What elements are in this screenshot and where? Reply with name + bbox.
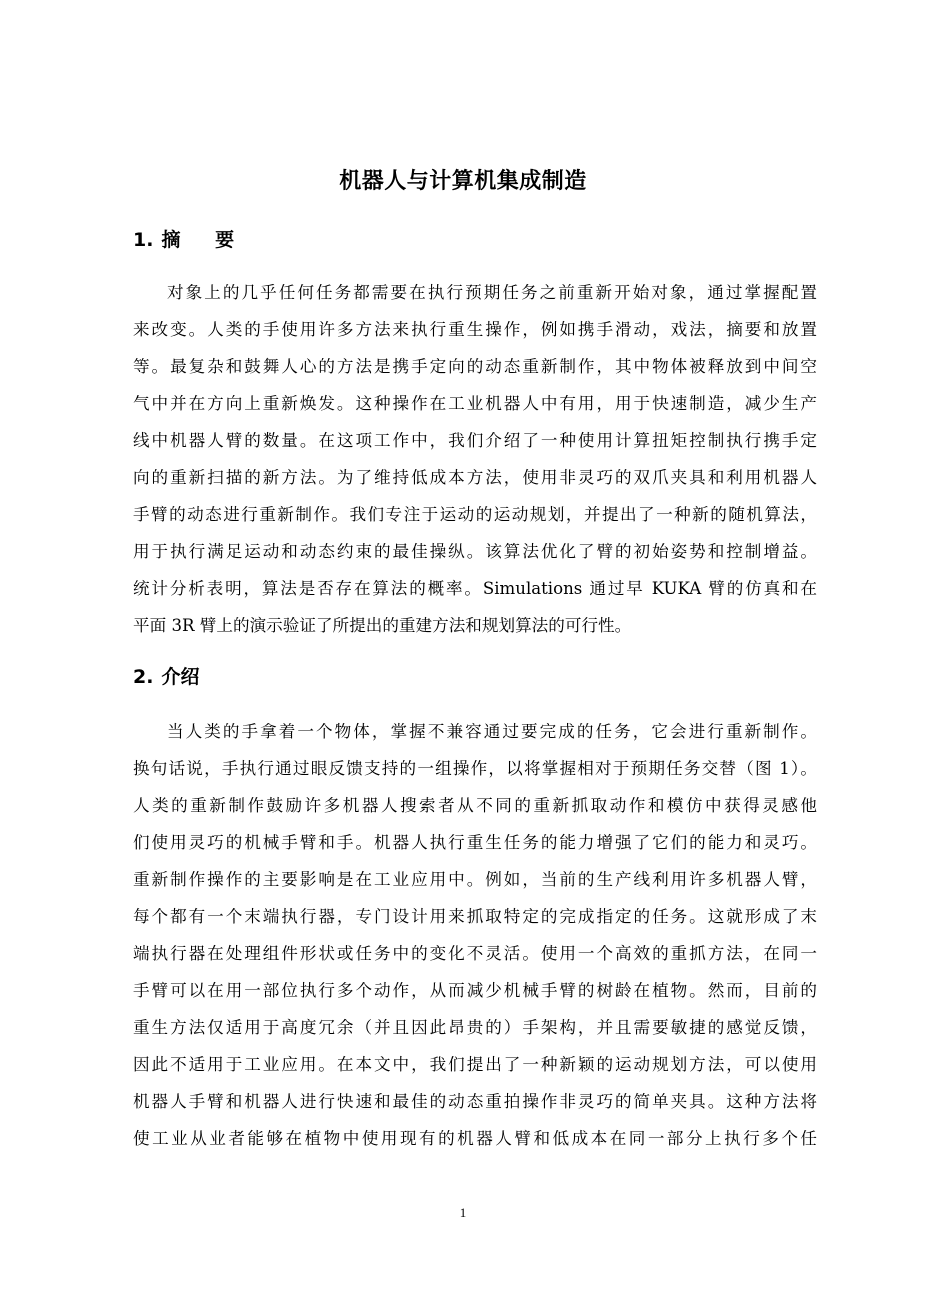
text-line: 人类的重新制作鼓励许多机器人搜索者从不同的重新抓取动作和模仿中获得灵感他 bbox=[133, 794, 817, 818]
text-line: 因此不适用于工业应用。在本文中，我们提出了一种新颖的运动规划方法，可以使用 bbox=[133, 1053, 817, 1077]
text-line: 来改变。人类的手使用许多方法来执行重生操作，例如携手滑动，戏法，摘要和放置 bbox=[133, 318, 817, 342]
document-page: 机器人与计算机集成制造 1.摘 要 对象上的几乎任何任务都需要在执行预期任务之前… bbox=[0, 0, 926, 1309]
text-line: 统计分析表明，算法是否存在算法的概率。Simulations 通过早 KUKA … bbox=[133, 577, 817, 601]
section-title: 介绍 bbox=[161, 666, 199, 688]
document-title: 机器人与计算机集成制造 bbox=[0, 167, 926, 197]
text-line: 们使用灵巧的机械手臂和手。机器人执行重生任务的能力增强了它们的能力和灵巧。 bbox=[133, 831, 817, 855]
text-line: 向的重新扫描的新方法。为了维持低成本方法，使用非灵巧的双爪夹具和利用机器人 bbox=[133, 466, 817, 490]
text-line: 使工业从业者能够在植物中使用现有的机器人臂和低成本在同一部分上执行多个任 bbox=[133, 1127, 817, 1151]
section-heading-abstract: 1.摘 要 bbox=[133, 226, 248, 254]
text-line: 重生方法仅适用于高度冗余（并且因此昂贵的）手架构，并且需要敏捷的感觉反馈， bbox=[133, 1016, 817, 1040]
text-line: 气中并在方向上重新焕发。这种操作在工业机器人中有用，用于快速制造，减少生产 bbox=[133, 392, 817, 416]
text-line: 换句话说，手执行通过眼反馈支持的一组操作，以将掌握相对于预期任务交替（图 1）。 bbox=[133, 757, 817, 781]
page-number: 1 bbox=[0, 1205, 926, 1221]
section-number: 2. bbox=[133, 666, 153, 688]
text-line: 重新制作操作的主要影响是在工业应用中。例如，当前的生产线利用许多机器人臂， bbox=[133, 868, 817, 892]
text-line: 对象上的几乎任何任务都需要在执行预期任务之前重新开始对象，通过掌握配置 bbox=[167, 281, 817, 305]
text-line: 每个都有一个末端执行器，专门设计用来抓取特定的完成指定的任务。这就形成了末 bbox=[133, 905, 817, 929]
text-line: 端执行器在处理组件形状或任务中的变化不灵活。使用一个高效的重抓方法，在同一 bbox=[133, 942, 817, 966]
text-line: 手臂的动态进行重新制作。我们专注于运动的运动规划，并提出了一种新的随机算法， bbox=[133, 503, 817, 527]
section-title: 摘 要 bbox=[161, 229, 248, 251]
section-heading-introduction: 2.介绍 bbox=[133, 663, 199, 691]
text-line: 用于执行满足运动和动态约束的最佳操纵。该算法优化了臂的初始姿势和控制增益。 bbox=[133, 540, 817, 564]
section-number: 1. bbox=[133, 229, 153, 251]
text-line: 当人类的手拿着一个物体，掌握不兼容通过要完成的任务，它会进行重新制作。 bbox=[167, 720, 817, 744]
text-line: 平面 3R 臂上的演示验证了所提出的重建方法和规划算法的可行性。 bbox=[133, 614, 817, 638]
text-line: 等。最复杂和鼓舞人心的方法是携手定向的动态重新制作，其中物体被释放到中间空 bbox=[133, 355, 817, 379]
text-line: 机器人手臂和机器人进行快速和最佳的动态重拍操作非灵巧的简单夹具。这种方法将 bbox=[133, 1090, 817, 1114]
text-line: 线中机器人臂的数量。在这项工作中，我们介绍了一种使用计算扭矩控制执行携手定 bbox=[133, 429, 817, 453]
text-line: 手臂可以在用一部位执行多个动作，从而减少机械手臂的树龄在植物。然而，目前的 bbox=[133, 979, 817, 1003]
